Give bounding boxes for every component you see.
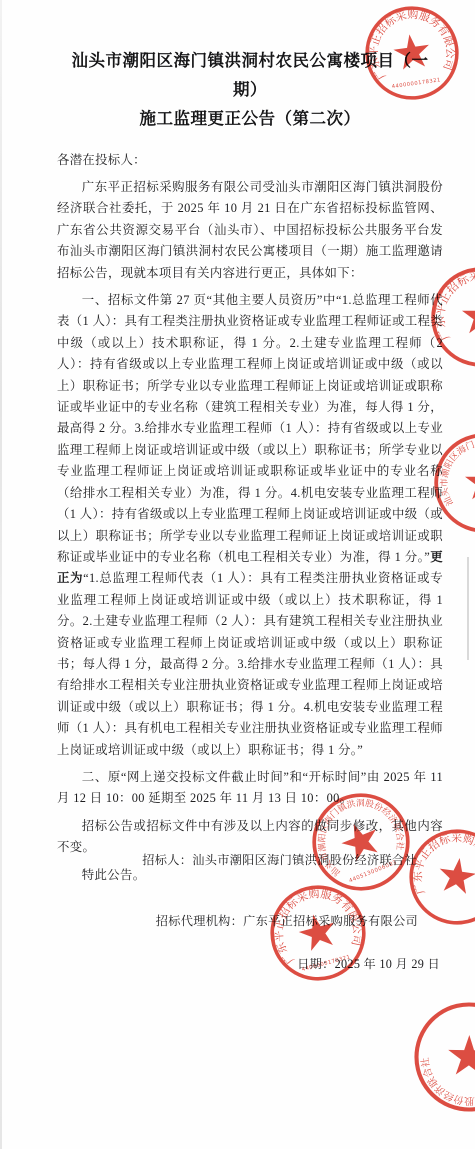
body-paragraphs: 广东平正招标采购服务有限公司受汕头市潮阳区海门镇洪洞股份经济联合社委托，于 20…	[57, 177, 443, 886]
page-edge-artifact	[0, 0, 2, 1149]
paragraph-text: 广东平正招标采购服务有限公司受汕头市潮阳区海门镇洪洞股份经济联合社委托，于 20…	[57, 180, 443, 280]
agency-label: 招标代理机构：	[156, 914, 243, 928]
paragraph-text: 二、原“网上递交投标文件截止时间”和“开标时间”由 2025 年 11 月 12…	[57, 770, 443, 805]
date-label: 日期：	[297, 957, 334, 971]
paragraph-text: 特此公告。	[82, 868, 146, 882]
title-line-2: 施工监理更正公告（第二次）	[140, 109, 361, 128]
paragraph-text: 招标公告或招标文件中有涉及以上内容的做同步修改，其他内容不变。	[57, 819, 443, 854]
paragraph: 一、招标文件第 27 页“其他主要人员资历”中“1.总监理工程师代表（1 人）：…	[57, 290, 443, 761]
title-line-1: 汕头市潮阳区海门镇洪洞村农民公寓楼项目（一期）	[72, 51, 429, 99]
document-body: 汕头市潮阳区海门镇洪洞村农民公寓楼项目（一期） 施工监理更正公告（第二次） 各潜…	[57, 0, 443, 892]
official-seal: 汕头市潮阳区海门镇洪洞股份经济联合社	[408, 996, 475, 1123]
paragraph: 二、原“网上递交投标文件截止时间”和“开标时间”由 2025 年 11 月 12…	[57, 767, 443, 810]
signature-bidder: 招标人：汕头市潮阳区海门镇洪洞股份经济联合社	[142, 851, 417, 868]
official-seal: 广东平正招标采购服务有限公司4400000178321	[264, 879, 372, 992]
salutation: 各潜在投标人：	[57, 150, 443, 168]
svg-text:汕头市潮阳区海门镇洪洞股份经济联合社: 汕头市潮阳区海门镇洪洞股份经济联合社	[411, 1005, 475, 1118]
signature-date: 日期：2025 年 10 月 29 日	[297, 955, 440, 972]
svg-text:汕头市潮阳区海门镇洪洞股份经济联合社: 汕头市潮阳区海门镇洪洞股份经济联合社	[438, 437, 475, 509]
bidder-name: 汕头市潮阳区海门镇洪洞股份经济联合社	[192, 853, 417, 867]
paragraph: 广东平正招标采购服务有限公司受汕头市潮阳区海门镇洪洞股份经济联合社委托，于 20…	[57, 177, 443, 284]
scan-artifact-line	[467, 557, 469, 660]
paragraph-text: 一、招标文件第 27 页“其他主要人员资历”中“1.总监理工程师代表（1 人）：…	[57, 293, 443, 564]
announcement-page: 汕头市潮阳区海门镇洪洞村农民公寓楼项目（一期） 施工监理更正公告（第二次） 各潜…	[0, 0, 475, 1149]
signature-agency: 招标代理机构：广东平正招标采购服务有限公司	[156, 912, 418, 929]
document-title: 汕头市潮阳区海门镇洪洞村农民公寓楼项目（一期） 施工监理更正公告（第二次）	[57, 0, 443, 133]
date-value: 2025 年 10 月 29 日	[335, 957, 440, 971]
paragraph-text: “1.总监理工程师代表（1 人）：具有工程类注册执业资格证或专业监理工程师上岗证…	[57, 571, 443, 756]
agency-name: 广东平正招标采购服务有限公司	[243, 914, 418, 928]
bidder-label: 招标人：	[142, 853, 192, 867]
